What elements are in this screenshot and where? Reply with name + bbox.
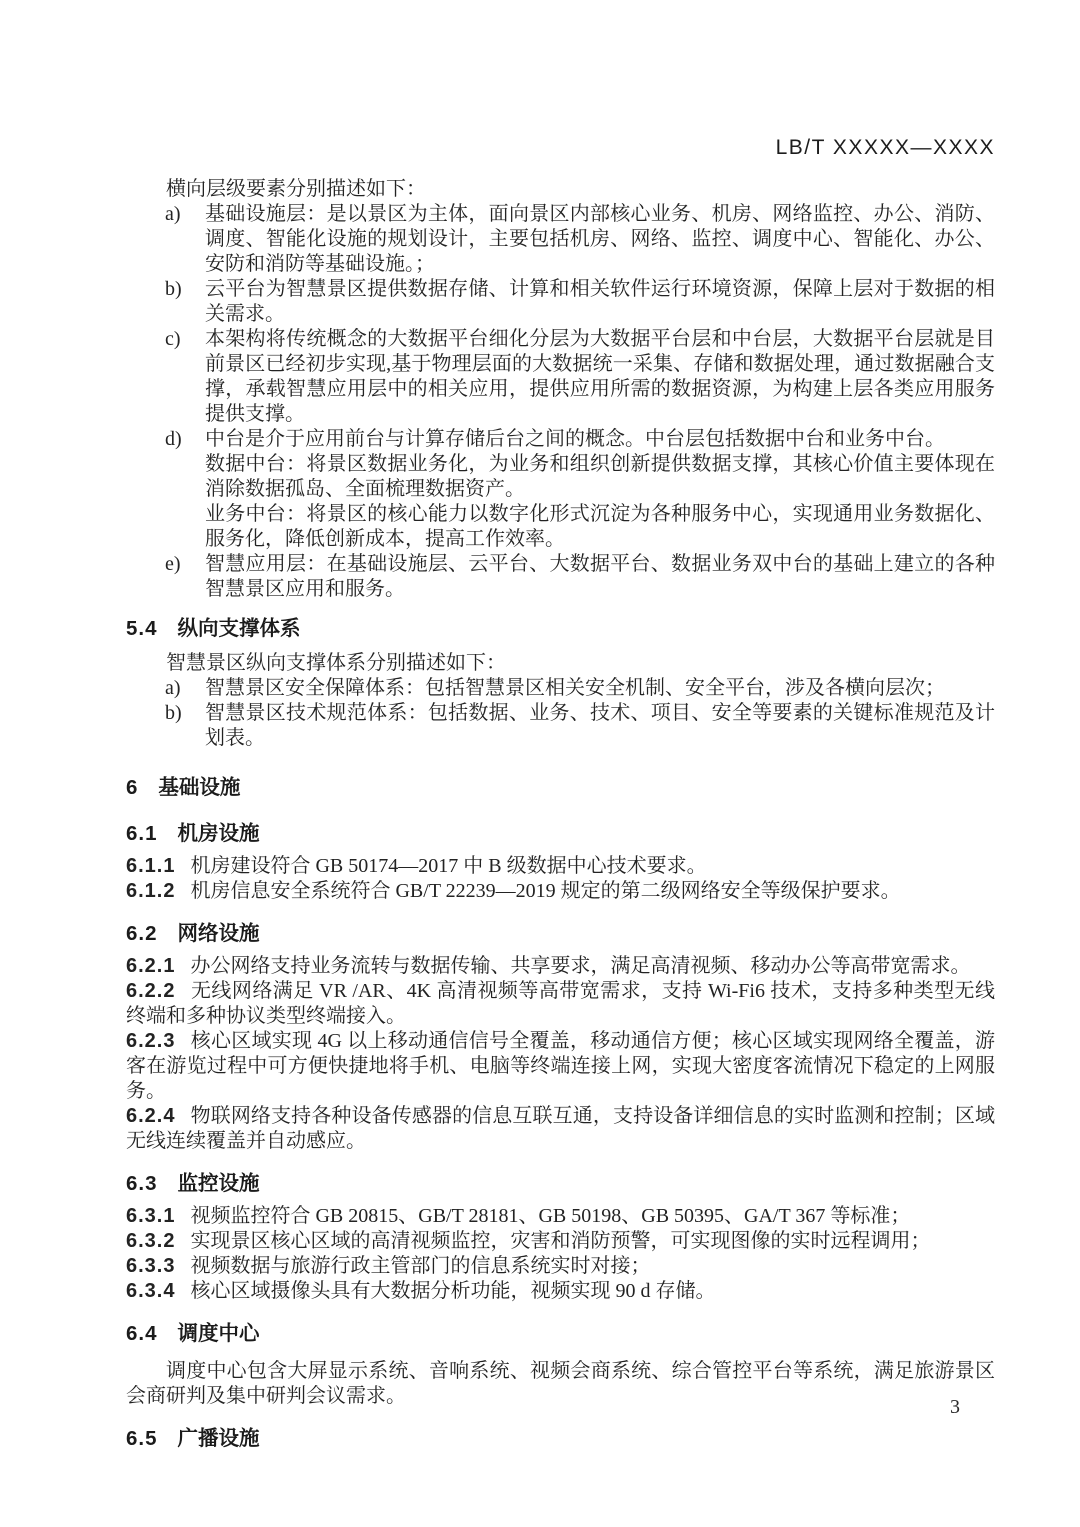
list-item-label: b) — [165, 277, 205, 327]
business-middle-platform-paragraph: 业务中台：将景区的核心能力以数字化形式沉淀为各种服务中心，实现通用业务数据化、服… — [205, 502, 995, 552]
clause-6-2-4: 6.2.4物联网络支持各种设备传感器的信息互联互通，支持设备详细信息的实时监测和… — [126, 1104, 995, 1154]
clause-text: 机房信息安全系统符合 GB/T 22239—2019 规定的第二级网络安全等级保… — [190, 880, 900, 902]
list-item-text: 本架构将传统概念的大数据平台细化分层为大数据平台层和中台层，大数据平台层就是目前… — [205, 327, 995, 427]
section-heading-6-1: 6.1机房设施 — [126, 821, 995, 847]
vertical-systems-lead: 智慧景区纵向支撑体系分别描述如下： — [126, 651, 995, 676]
section-number: 6.2 — [126, 921, 158, 947]
clause-text: 视频监控符合 GB 20815、GB/T 28181、GB 50198、GB 5… — [190, 1205, 910, 1227]
clause-text: 实现景区核心区域的高清视频监控，灾害和消防预警，可实现图像的实时远程调用； — [190, 1230, 930, 1252]
clause-text: 核心区域摄像头具有大数据分析功能，视频实现 90 d 存储。 — [190, 1280, 715, 1302]
section-heading-6-4: 6.4调度中心 — [126, 1321, 995, 1347]
clause-number: 6.2.2 — [126, 980, 175, 1002]
clause-6-2-2: 6.2.2无线网络满足 VR /AR、4K 高清视频等高带宽需求，支持 Wi-F… — [126, 979, 995, 1029]
clause-text: 机房建设符合 GB 50174—2017 中 B 级数据中心技术要求。 — [190, 855, 706, 877]
list-item-text: 智慧应用层：在基础设施层、云平台、大数据平台、数据业务双中台的基础上建立的各种智… — [205, 552, 995, 602]
section-number: 6.1 — [126, 821, 158, 847]
list-item-label: c) — [165, 327, 205, 427]
section-title: 调度中心 — [178, 1322, 260, 1345]
dispatch-center-paragraph: 调度中心包含大屏显示系统、音响系统、视频会商系统、综合管控平台等系统，满足旅游景… — [126, 1359, 995, 1409]
clause-6-1-2: 6.1.2机房信息安全系统符合 GB/T 22239—2019 规定的第二级网络… — [126, 879, 995, 904]
clause-number: 6.1.2 — [126, 880, 175, 902]
document-page: LB/T XXXXX—XXXX 横向层级要素分别描述如下： a) 基础设施层：是… — [0, 0, 1080, 1527]
list-item-label: d) — [165, 427, 205, 452]
section-heading-6-3: 6.3监控设施 — [126, 1171, 995, 1197]
clause-number: 6.2.3 — [126, 1030, 175, 1052]
section-title: 广播设施 — [178, 1427, 260, 1450]
clause-number: 6.3.1 — [126, 1205, 175, 1227]
section-title: 基础设施 — [158, 776, 240, 799]
list-item-c: c) 本架构将传统概念的大数据平台细化分层为大数据平台层和中台层，大数据平台层就… — [165, 327, 995, 427]
clause-6-1-1: 6.1.1机房建设符合 GB 50174—2017 中 B 级数据中心技术要求。 — [126, 854, 995, 879]
section-title: 监控设施 — [178, 1172, 260, 1195]
section-title: 机房设施 — [178, 822, 260, 845]
doc-code-header: LB/T XXXXX—XXXX — [126, 135, 995, 161]
section-title: 纵向支撑体系 — [178, 617, 301, 640]
clause-6-3-2: 6.3.2实现景区核心区域的高清视频监控，灾害和消防预警，可实现图像的实时远程调… — [126, 1229, 995, 1254]
list-item-label: a) — [165, 202, 205, 277]
clause-6-3-3: 6.3.3视频数据与旅游行政主管部门的信息系统实时对接； — [126, 1254, 995, 1279]
list-item-b: b) 智慧景区技术规范体系：包括数据、业务、技术、项目、安全等要素的关键标准规范… — [165, 701, 995, 751]
clause-text: 核心区域实现 4G 以上移动通信信号全覆盖，移动通信方便；核心区域实现网络全覆盖… — [126, 1030, 995, 1102]
list-item-label: a) — [165, 676, 205, 701]
clause-number: 6.3.2 — [126, 1230, 175, 1252]
clause-number: 6.1.1 — [126, 855, 175, 877]
clause-6-2-3: 6.2.3核心区域实现 4G 以上移动通信信号全覆盖，移动通信方便；核心区域实现… — [126, 1029, 995, 1104]
horizontal-layers-lead: 横向层级要素分别描述如下： — [126, 177, 995, 202]
list-item-a: a) 智慧景区安全保障体系：包括智慧景区相关安全机制、安全平台，涉及各横向层次； — [165, 676, 995, 701]
list-item-label: e) — [165, 552, 205, 602]
list-item-a: a) 基础设施层：是以景区为主体，面向景区内部核心业务、机房、网络监控、办公、消… — [165, 202, 995, 277]
section-heading-6-5: 6.5广播设施 — [126, 1426, 995, 1452]
clause-text: 无线网络满足 VR /AR、4K 高清视频等高带宽需求，支持 Wi-Fi6 技术… — [126, 980, 995, 1027]
section-heading-5-4: 5.4纵向支撑体系 — [126, 616, 995, 642]
section-heading-6: 6基础设施 — [126, 775, 995, 801]
list-item-text: 智慧景区技术规范体系：包括数据、业务、技术、项目、安全等要素的关键标准规范及计划… — [205, 701, 995, 751]
section-number: 6.3 — [126, 1171, 158, 1197]
clause-6-3-4: 6.3.4核心区域摄像头具有大数据分析功能，视频实现 90 d 存储。 — [126, 1279, 995, 1304]
list-item-text: 基础设施层：是以景区为主体，面向景区内部核心业务、机房、网络监控、办公、消防、调… — [205, 202, 995, 277]
page-number: 3 — [950, 1395, 960, 1420]
clause-text: 办公网络支持业务流转与数据传输、共享要求，满足高清视频、移动办公等高带宽需求。 — [190, 955, 970, 977]
section-number: 6.5 — [126, 1426, 158, 1452]
section-number: 6.4 — [126, 1321, 158, 1347]
list-item-text: 云平台为智慧景区提供数据存储、计算和相关软件运行环境资源，保障上层对于数据的相关… — [205, 277, 995, 327]
clause-6-3-1: 6.3.1视频监控符合 GB 20815、GB/T 28181、GB 50198… — [126, 1204, 995, 1229]
clause-number: 6.2.4 — [126, 1105, 175, 1127]
list-item-label: b) — [165, 701, 205, 751]
data-middle-platform-paragraph: 数据中台：将景区数据业务化，为业务和组织创新提供数据支撑，其核心价值主要体现在消… — [205, 452, 995, 502]
clause-6-2-1: 6.2.1办公网络支持业务流转与数据传输、共享要求，满足高清视频、移动办公等高带… — [126, 954, 995, 979]
section-number: 5.4 — [126, 616, 158, 642]
list-item-text: 中台是介于应用前台与计算存储后台之间的概念。中台层包括数据中台和业务中台。 — [205, 427, 995, 452]
clause-text: 物联网络支持各种设备传感器的信息互联互通，支持设备详细信息的实时监测和控制；区域… — [126, 1105, 995, 1152]
section-number: 6 — [126, 775, 138, 801]
clause-number: 6.3.4 — [126, 1280, 175, 1302]
section-title: 网络设施 — [178, 922, 260, 945]
clause-number: 6.2.1 — [126, 955, 175, 977]
clause-text: 视频数据与旅游行政主管部门的信息系统实时对接； — [190, 1255, 650, 1277]
list-item-e: e) 智慧应用层：在基础设施层、云平台、大数据平台、数据业务双中台的基础上建立的… — [165, 552, 995, 602]
list-item-d: d) 中台是介于应用前台与计算存储后台之间的概念。中台层包括数据中台和业务中台。 — [165, 427, 995, 452]
clause-number: 6.3.3 — [126, 1255, 175, 1277]
list-item-text: 智慧景区安全保障体系：包括智慧景区相关安全机制、安全平台，涉及各横向层次； — [205, 676, 995, 701]
list-item-b: b) 云平台为智慧景区提供数据存储、计算和相关软件运行环境资源，保障上层对于数据… — [165, 277, 995, 327]
section-heading-6-2: 6.2网络设施 — [126, 921, 995, 947]
